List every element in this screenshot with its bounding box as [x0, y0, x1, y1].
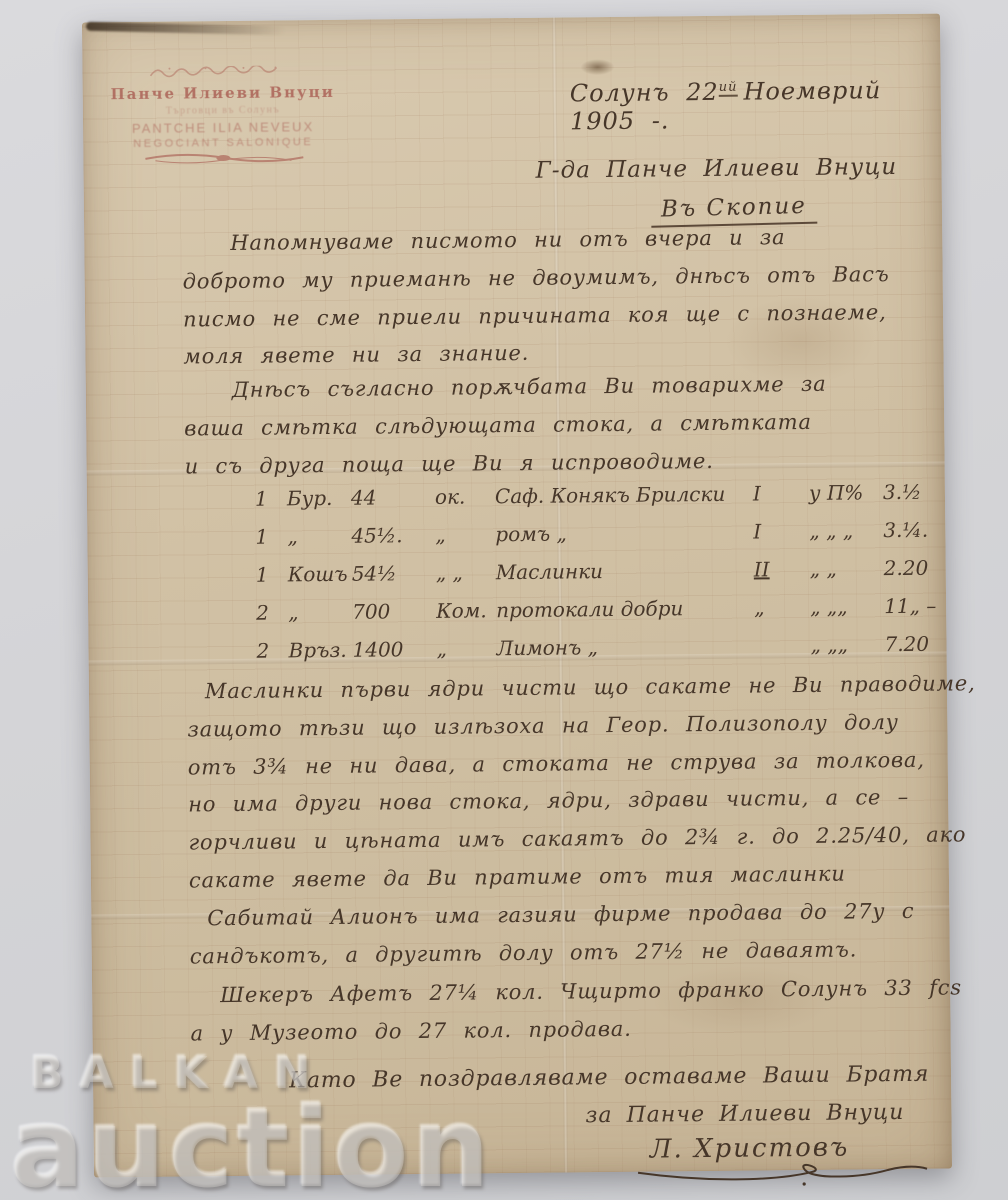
- measure: ок.: [435, 484, 489, 509]
- unit: Връз.: [288, 638, 346, 663]
- grade: I: [753, 519, 803, 544]
- goods-list: 1Бур.44ок.Саф. Конякъ БрилскиIу П%3.½ 1„…: [255, 479, 975, 677]
- goods-row: 2Връз.1400„Лимонъ „„ „„7.20: [256, 631, 974, 677]
- grade: [754, 633, 804, 634]
- price: 3.½: [883, 479, 973, 504]
- unit: Кошъ: [288, 562, 346, 587]
- measure: „ „: [436, 560, 490, 585]
- date-line: Солунъ 22ийНоемврий 1905 -.: [570, 76, 942, 136]
- qty: 2: [256, 600, 282, 624]
- amount: 54½: [352, 561, 430, 586]
- letter-document: Панче Илиеви Внуци Търговци въ Солунъ PA…: [82, 14, 952, 1178]
- ottoman-script-line-icon: [147, 65, 297, 81]
- qty: 1: [256, 562, 282, 586]
- description: Саф. Конякъ Брилски: [495, 482, 747, 509]
- letterhead-company-french: PANTCHE ILIA NEVEUX: [97, 119, 349, 137]
- description: протокали добри: [496, 596, 748, 623]
- ditto: „ „ „: [809, 518, 877, 543]
- amount: 700: [352, 599, 430, 624]
- unit: Бур.: [287, 486, 345, 511]
- ditto: „ „„: [810, 632, 878, 657]
- date-ordinal-suffix: ий: [719, 80, 738, 97]
- ditto: „ „: [810, 556, 878, 581]
- recipient-name: Г-да Панче Илиеви Внуци: [535, 154, 897, 184]
- grade: I: [753, 481, 803, 506]
- amount: 1400: [352, 637, 430, 662]
- measure: „: [436, 636, 490, 661]
- letterhead-stamp: Панче Илиеви Внуци Търговци въ Солунъ PA…: [96, 64, 349, 170]
- grade: II: [754, 557, 804, 582]
- description: ромъ „: [495, 520, 747, 547]
- paragraph-5: Шекеръ Афетъ 27¼ кол. Чщирто франко Солу…: [190, 975, 962, 1059]
- price: 2.20: [884, 555, 974, 580]
- text-line: а у Музеото до 27 кол. продава.: [190, 1013, 962, 1059]
- qty: 1: [255, 486, 281, 510]
- unit: „: [287, 524, 345, 549]
- date-city-day: Солунъ 22: [570, 78, 719, 108]
- price: 7.20: [884, 631, 974, 656]
- qty: 1: [255, 524, 281, 548]
- measure: „: [435, 522, 489, 547]
- price: 11„ –: [884, 593, 974, 618]
- ditto: у П%: [809, 480, 877, 505]
- photo-background: Панче Илиеви Внуци Търговци въ Солунъ PA…: [0, 0, 1008, 1200]
- ditto: „ „„: [810, 594, 878, 619]
- paragraph-2: Днѣсъ съгласно порѫчбата Ви товарихме за…: [184, 372, 828, 492]
- unit: „: [288, 600, 346, 625]
- recipient-city: Въ Скопие: [651, 193, 818, 228]
- paragraph-4: Сабитай Алионъ има газияи фирме продава …: [189, 899, 915, 982]
- qty: 2: [256, 638, 282, 662]
- letterhead-company-bulgarian: Панче Илиеви Внуци: [97, 83, 349, 104]
- amount: 45½.: [351, 523, 429, 548]
- amount: 44: [351, 485, 429, 510]
- description: Маслинки: [496, 558, 748, 585]
- signature-flourish-icon: [634, 1160, 934, 1189]
- ink-smudge: [580, 59, 614, 75]
- signature-name: Л. Христовъ: [650, 1133, 850, 1165]
- letterhead-ornament-icon: [143, 151, 303, 165]
- paragraph-3: Маслинки първи ядри чисти що сакате не В…: [187, 671, 978, 906]
- text-line: сандъкотъ, а другитѣ долу отъ 27½ не дав…: [190, 937, 915, 982]
- closing-company: за Панче Илиеви Внуци: [585, 1100, 904, 1128]
- letterhead-tagline-bulgarian: Търговци въ Солунъ: [97, 104, 349, 118]
- letterhead-tagline-french: NEGOCIANT SALONIQUE: [97, 136, 349, 151]
- closing-salutation: Като Ве поздравляваме оставаме Ваши Брат…: [289, 1062, 929, 1094]
- price: 3.¼.: [883, 517, 973, 542]
- grade: „: [754, 595, 804, 620]
- description: Лимонъ „: [496, 634, 748, 661]
- paragraph-1: Напомнуваме писмото ни отъ вчера и за до…: [182, 224, 890, 383]
- measure: Ком.: [436, 598, 490, 623]
